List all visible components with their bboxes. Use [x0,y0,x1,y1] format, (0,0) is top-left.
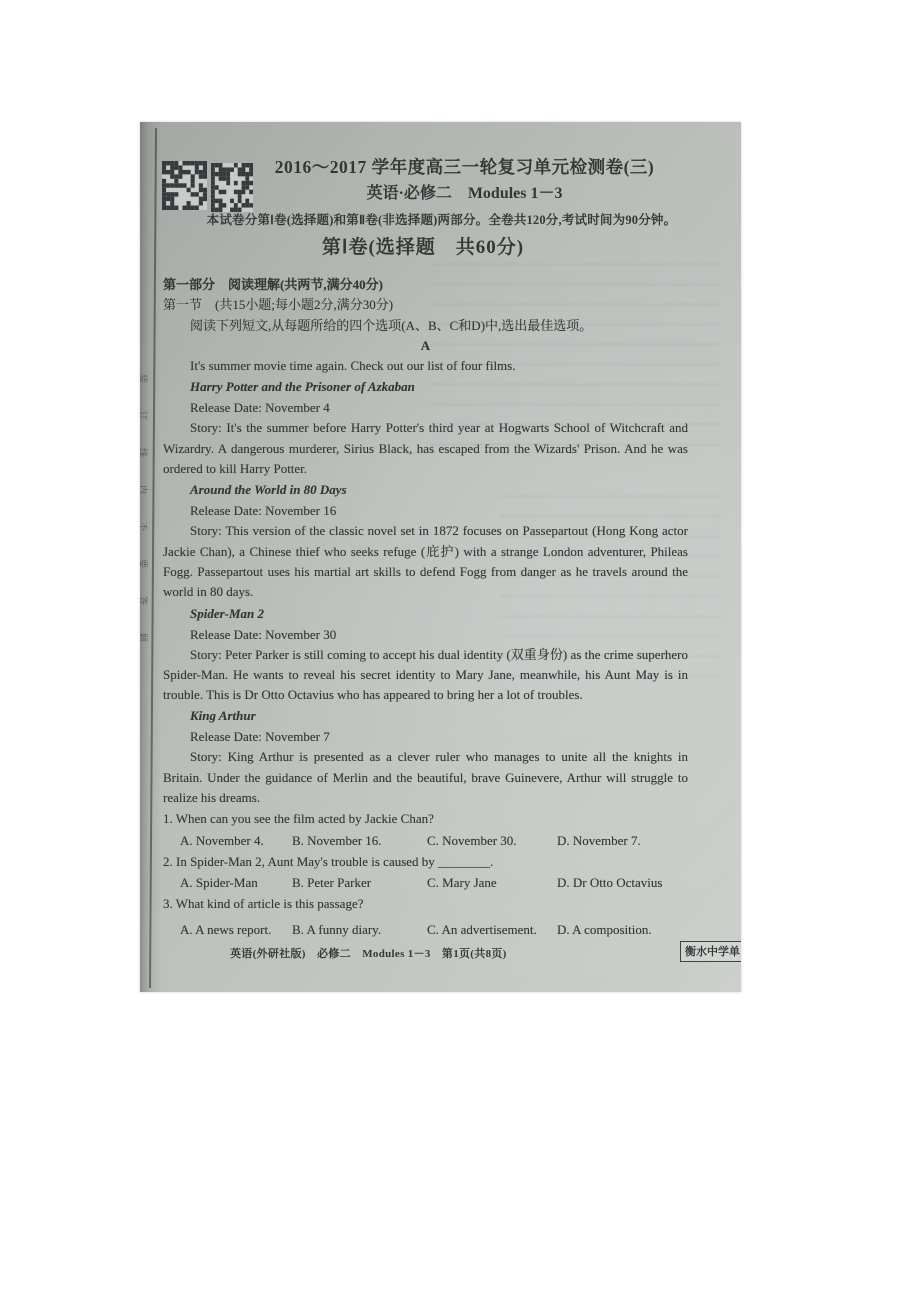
option-b: B. Peter Parker [292,872,427,893]
paper-header: 2016～2017 学年度高三一轮复习单元检测卷(三) 英语·必修二 Modul… [190,154,739,206]
option-c: C. November 30. [427,830,557,851]
paper-title: 2016～2017 学年度高三一轮复习单元检测卷(三) [190,154,739,180]
question-options: A. November 4. B. November 16. C. Novemb… [180,830,688,851]
film-release-date: Release Date: November 7 [163,726,688,747]
section-part-label: 第一部分 阅读理解(共两节,满分40分) [163,275,688,295]
option-d: D. November 7. [557,830,688,851]
film-title: Spider-Man 2 [163,603,688,624]
option-a: A. November 4. [180,830,292,851]
exam-note: 本试卷分第Ⅰ卷(选择题)和第Ⅱ卷(非选择题)两部分。全卷共120分,考试时间为9… [164,210,719,228]
question-options: A. A news report. B. A funny diary. C. A… [180,919,688,940]
film-release-date: Release Date: November 4 [163,397,688,418]
binding-edge-text: 装 订 线 内 不 要 答 题 [140,372,151,644]
film-story: Story: Peter Parker is still coming to a… [163,645,688,706]
binding-char: 题 [140,633,150,642]
film-story: Story: King Arthur is presented as a cle… [163,747,688,808]
film-title: Around the World in 80 Days [163,479,688,500]
page-footer: 英语(外研社版) 必修二 Modules 1－3 第1页(共8页) [230,945,530,961]
binding-char: 装 [140,374,150,383]
film-release-date: Release Date: November 16 [163,500,688,521]
paper-subtitle: 英语·必修二 Modules 1－3 [190,182,739,206]
option-d: D. Dr Otto Octavius [557,872,688,893]
school-stamp: 衡水中学单 [680,941,741,962]
paper-body: 第一部分 阅读理解(共两节,满分40分) 第一节 (共15小题;每小题2分,满分… [163,275,688,940]
binding-char: 内 [140,485,150,494]
film-title: Harry Potter and the Prisoner of Azkaban [163,376,688,397]
option-c: C. Mary Jane [427,872,557,893]
film-story: Story: This version of the classic novel… [163,521,688,602]
question-stem: 2. In Spider-Man 2, Aunt May's trouble i… [163,852,688,872]
option-d: D. A composition. [557,919,688,940]
binding-char: 要 [140,559,150,568]
film-title: King Arthur [163,705,688,726]
section-subsection-label: 第一节 (共15小题;每小题2分,满分30分) [163,295,688,315]
binding-char: 订 [140,411,150,420]
part1-heading: 第Ⅰ卷(选择题 共60分) [163,232,683,259]
binding-char: 答 [140,596,150,605]
film-release-date: Release Date: November 30 [163,624,688,645]
exam-paper-photo: 装 订 线 内 不 要 答 题 2016～2017 学年度高三一轮复习单元检测卷… [140,122,741,992]
film-story: Story: It's the summer before Harry Pott… [163,418,688,479]
question-stem: 3. What kind of article is this passage? [163,894,688,914]
question-stem: 1. When can you see the film acted by Ja… [163,809,688,829]
passage-intro: It's summer movie time again. Check out … [163,356,688,376]
passage-label: A [163,336,688,356]
section-instruction: 阅读下列短文,从每题所给的四个选项(A、B、C和D)中,选出最佳选项。 [163,316,688,336]
question-options: A. Spider-Man B. Peter Parker C. Mary Ja… [180,872,688,893]
option-b: B. November 16. [292,830,427,851]
binding-char: 不 [140,522,150,531]
option-a: A. A news report. [180,919,292,940]
option-a: A. Spider-Man [180,872,292,893]
option-c: C. An advertisement. [427,919,557,940]
binding-char: 线 [140,448,150,457]
option-b: B. A funny diary. [292,919,427,940]
